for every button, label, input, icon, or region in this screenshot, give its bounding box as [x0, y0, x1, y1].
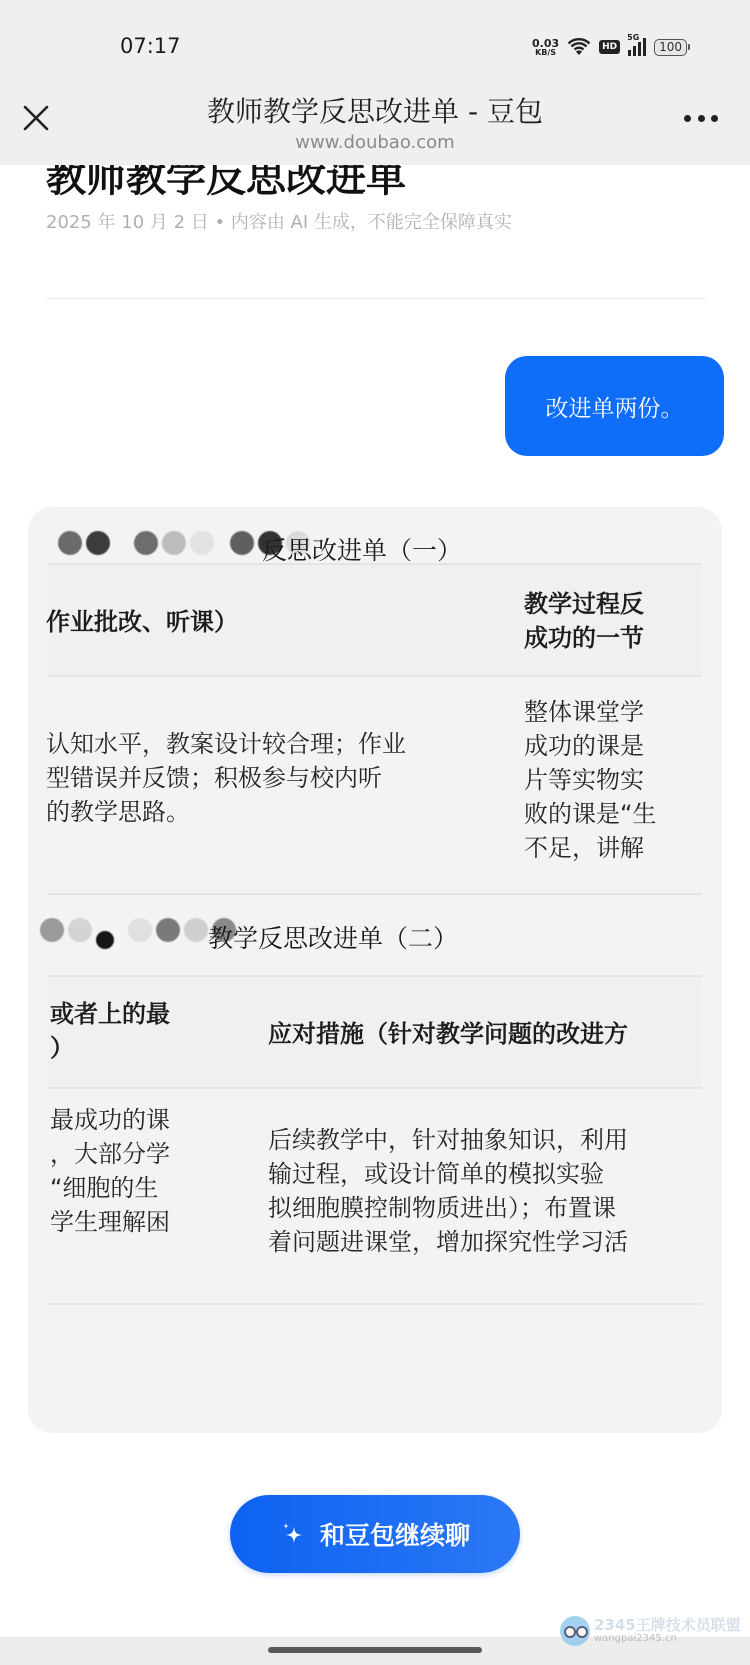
continue-chat-button[interactable]: 和豆包继续聊 [230, 1495, 520, 1573]
more-dot-icon [711, 115, 718, 122]
page-title: 教师教学反思改进单 - 豆包 [0, 90, 750, 130]
table-header-cell: 教学过程反 成功的一节 [524, 587, 686, 655]
more-options-button[interactable] [684, 108, 718, 128]
cellular-signal-icon: 5G [628, 38, 646, 56]
watermark: 2345王牌技术员联盟 wangpai2345.cn [560, 1616, 741, 1646]
battery-icon: 100 [654, 39, 690, 56]
table-cell: 后续教学中，针对抽象知识，利用 输过程，或设计简单的模拟实验 拟细胞膜控制物质进… [268, 1123, 688, 1259]
section-title-2: 教学反思改进单（二） [208, 919, 458, 955]
table-border [48, 1303, 702, 1305]
table-border [48, 1087, 702, 1089]
network-speed: 0.03 KB/S [532, 38, 559, 57]
hd-badge: HD [599, 40, 620, 54]
status-icons: 0.03 KB/S HD 5G 100 [532, 34, 690, 60]
redacted-text [40, 911, 236, 949]
table-cell: 最成功的课 ，大部分学 “细胞的生 学生理解困 [50, 1103, 230, 1239]
document-meta: 2025 年 10 月 2 日 • 内容由 AI 生成，不能完全保障真实 [46, 208, 512, 234]
top-bar: 07:17 0.03 KB/S HD 5G 100 教师教学反思改进单 - 豆包… [0, 0, 750, 165]
continue-chat-label: 和豆包继续聊 [320, 1516, 470, 1552]
table-border [48, 893, 702, 895]
divider [46, 298, 706, 299]
table-header-cell: 或者上的最 ） [50, 997, 230, 1065]
table-header-cell: 应对措施（针对教学问题的改进方 [268, 1017, 688, 1051]
home-indicator[interactable] [268, 1647, 482, 1653]
sparkle-icon [280, 1521, 306, 1547]
more-dot-icon [698, 115, 705, 122]
mascot-logo-icon [560, 1616, 590, 1646]
status-time: 07:17 [120, 34, 181, 58]
answer-card: 反思改进单（一） 作业批改、听课） 教学过程反 成功的一节 认知水平，教案设计较… [28, 507, 722, 1433]
user-message-bubble: 改进单两份。 [505, 356, 724, 456]
page-url: www.doubao.com [0, 132, 750, 153]
table-header-cell: 作业批改、听课） [46, 605, 486, 639]
table-cell: 整体课堂学 成功的课是 片等实物实 败的课是“生 不足，讲解 [524, 695, 686, 865]
section-title-1: 反思改进单（一） [262, 531, 462, 567]
wifi-icon [567, 37, 591, 57]
more-dot-icon [684, 115, 691, 122]
table-border [48, 675, 702, 677]
table-cell: 认知水平，教案设计较合理；作业 型错误并反馈；积极参与校内听 的教学思路。 [46, 727, 496, 829]
